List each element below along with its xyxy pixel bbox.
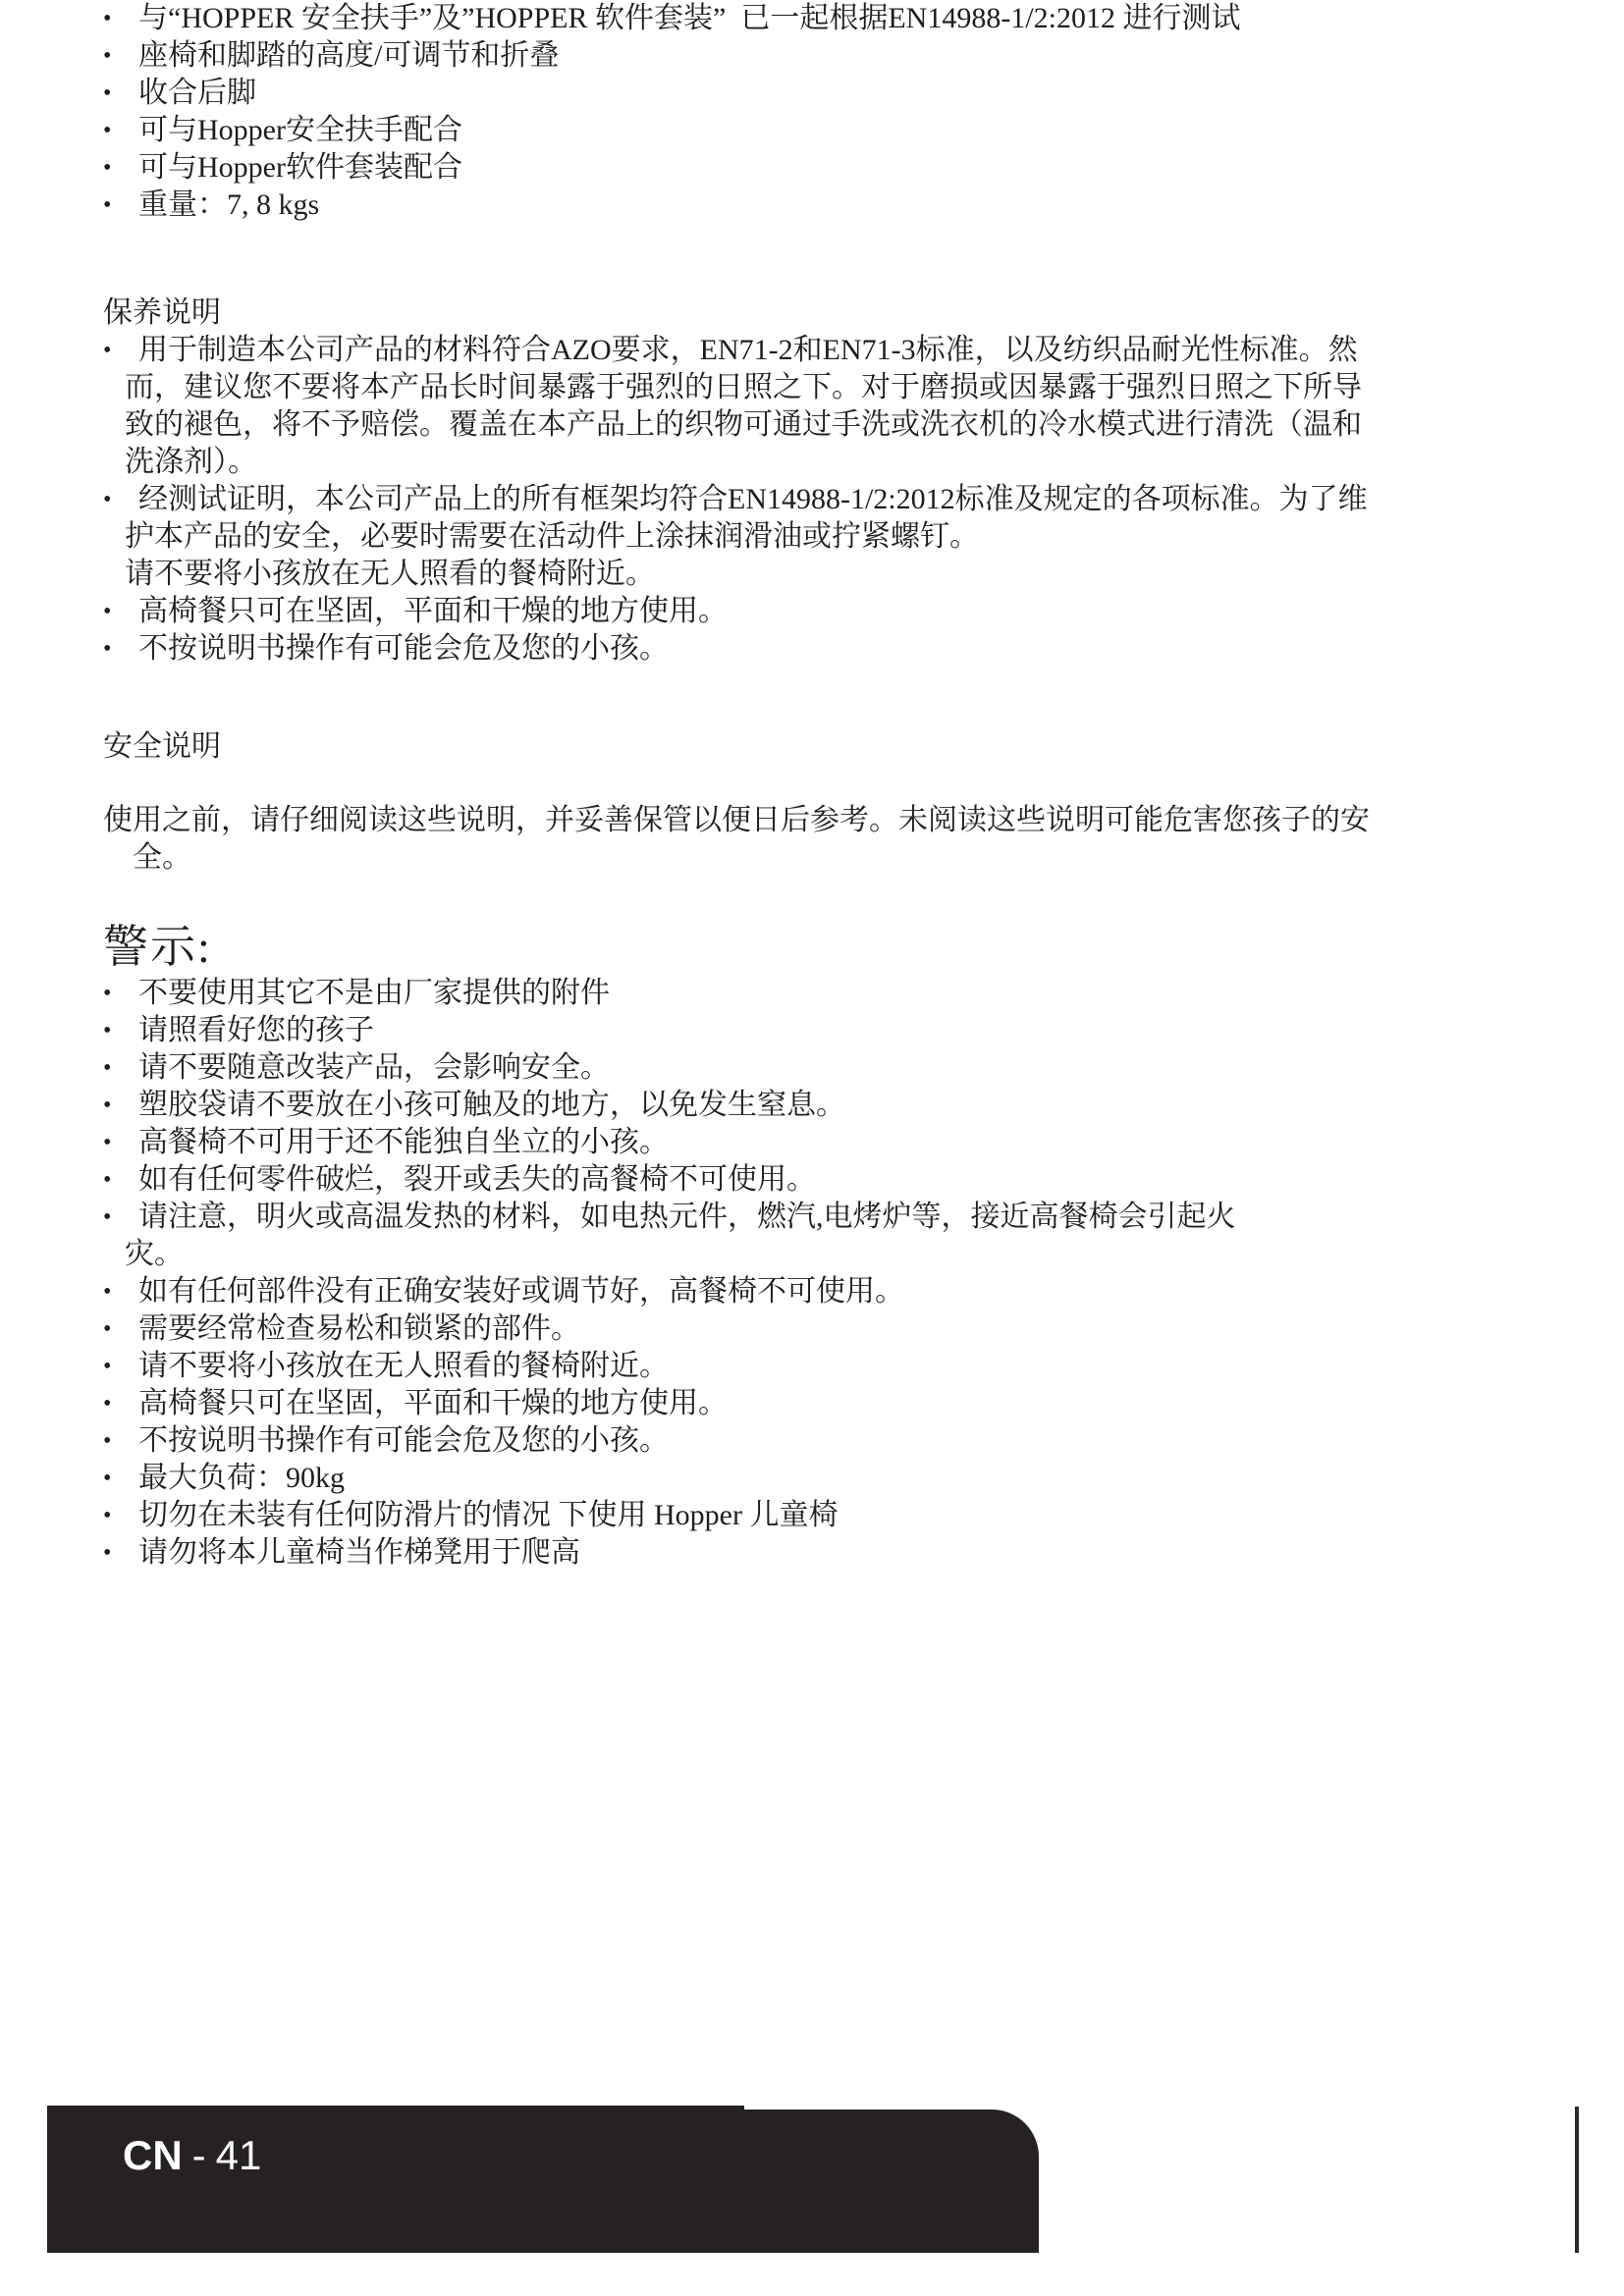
list-item: • 经测试证明，本公司产品上的所有框架均符合EN14988-1/2:2012标准…: [103, 481, 1538, 593]
safety-section-heading: 安全说明: [103, 728, 1538, 766]
list-item-text: 高椅餐只可在坚固，平面和干燥的地方使用。: [138, 595, 728, 627]
list-item: • 如有任何零件破烂，裂开或丢失的高餐椅不可使用。: [103, 1161, 1538, 1199]
bullet-icon: •: [103, 1161, 111, 1199]
list-item: • 可与Hopper安全扶手配合: [103, 112, 1538, 149]
list-item: • 收合后脚: [103, 75, 1538, 112]
list-item: • 如有任何部件没有正确安装好或调节好，高餐椅不可使用。: [103, 1273, 1538, 1310]
list-item: • 用于制造本公司产品的材料符合AZO要求，EN71-2和EN71-3标准，以及…: [103, 332, 1538, 481]
list-item-text: 如有任何零件破烂，裂开或丢失的高餐椅不可使用。: [138, 1163, 816, 1196]
list-item: • 高椅餐只可在坚固，平面和干燥的地方使用。: [103, 1385, 1538, 1422]
list-item: • 请照看好您的孩子: [103, 1012, 1538, 1049]
list-item-text: 经测试证明，本公司产品上的所有框架均符合EN14988-1/2:2012标准及规…: [125, 483, 1368, 590]
list-item-text: 切勿在未装有任何防滑片的情况 下使用 Hopper 儿童椅: [138, 1499, 838, 1531]
bullet-icon: •: [103, 975, 111, 1012]
list-item-text: 不按说明书操作有可能会危及您的小孩。: [138, 1424, 669, 1457]
list-item: • 最大负荷：90kg: [103, 1460, 1538, 1497]
warning-heading: 警示:: [103, 920, 1538, 975]
bullet-icon: •: [103, 149, 111, 187]
footer-lang-code: CN: [123, 2132, 183, 2178]
bullet-icon: •: [103, 1087, 111, 1124]
list-item-text: 请不要随意改装产品，会影响安全。: [138, 1051, 610, 1084]
list-item: • 可与Hopper软件套装配合: [103, 149, 1538, 187]
bullet-icon: •: [103, 1012, 111, 1049]
list-item: • 座椅和脚踏的高度/可调节和折叠: [103, 37, 1538, 75]
list-item-text: 座椅和脚踏的高度/可调节和折叠: [138, 39, 559, 72]
bullet-icon: •: [103, 1460, 111, 1497]
features-list: • 与“HOPPER 安全扶手”及”HOPPER 软件套装” 已一起根据EN14…: [103, 0, 1538, 224]
list-item-text: 重量：7, 8 kgs: [138, 188, 319, 221]
page-content: • 与“HOPPER 安全扶手”及”HOPPER 软件套装” 已一起根据EN14…: [103, 0, 1538, 1572]
bullet-icon: •: [103, 1385, 111, 1422]
bullet-icon: •: [103, 481, 111, 518]
bullet-icon: •: [103, 332, 111, 369]
bullet-icon: •: [103, 1534, 111, 1572]
warning-list: • 不要使用其它不是由厂家提供的附件 • 请照看好您的孩子 • 请不要随意改装产…: [103, 975, 1538, 1572]
list-item-text: 请勿将本儿童椅当作梯凳用于爬高: [138, 1536, 580, 1569]
list-item: • 塑胶袋请不要放在小孩可触及的地方，以免发生窒息。: [103, 1087, 1538, 1124]
list-item-text: 不按说明书操作有可能会危及您的小孩。: [138, 632, 669, 665]
list-item-text: 高餐椅不可用于还不能独自坐立的小孩。: [138, 1126, 669, 1158]
care-section-heading: 保养说明: [103, 294, 1538, 332]
document-page: • 与“HOPPER 安全扶手”及”HOPPER 软件套装” 已一起根据EN14…: [0, 0, 1624, 2296]
list-item: • 请不要将小孩放在无人照看的餐椅附近。: [103, 1348, 1538, 1385]
list-item-text: 最大负荷：90kg: [138, 1462, 345, 1494]
list-item-text: 收合后脚: [138, 77, 256, 109]
list-item: • 重量：7, 8 kgs: [103, 187, 1538, 224]
list-item: • 请不要随意改装产品，会影响安全。: [103, 1049, 1538, 1087]
bullet-icon: •: [103, 1199, 111, 1236]
bullet-icon: •: [103, 1348, 111, 1385]
bullet-icon: •: [103, 112, 111, 149]
bullet-icon: •: [103, 1497, 111, 1534]
footer-page-label: CN-41: [123, 2132, 261, 2179]
list-item-text: 请照看好您的孩子: [138, 1014, 374, 1046]
safety-intro-paragraph: 使用之前，请仔细阅读这些说明，并妥善保管以便日后参考。未阅读这些说明可能危害您孩…: [103, 802, 1538, 877]
bullet-icon: •: [103, 75, 111, 112]
footer-bar-extension: [736, 2109, 1039, 2253]
list-item: • 高椅餐只可在坚固，平面和干燥的地方使用。: [103, 593, 1538, 630]
bullet-icon: •: [103, 187, 111, 224]
list-item: • 请注意，明火或高温发热的材料，如电热元件，燃汽,电烤炉等，接近高餐椅会引起火…: [103, 1199, 1538, 1273]
bullet-icon: •: [103, 0, 111, 37]
bullet-icon: •: [103, 37, 111, 75]
list-item: • 请勿将本儿童椅当作梯凳用于爬高: [103, 1534, 1538, 1572]
bullet-icon: •: [103, 1310, 111, 1348]
list-item-text: 如有任何部件没有正确安装好或调节好，高餐椅不可使用。: [138, 1275, 904, 1308]
bullet-icon: •: [103, 1273, 111, 1310]
list-item-text: 不要使用其它不是由厂家提供的附件: [138, 977, 610, 1009]
care-list: • 用于制造本公司产品的材料符合AZO要求，EN71-2和EN71-3标准，以及…: [103, 332, 1538, 667]
bullet-icon: •: [103, 1124, 111, 1161]
list-item: • 与“HOPPER 安全扶手”及”HOPPER 软件套装” 已一起根据EN14…: [103, 0, 1538, 37]
list-item: • 高餐椅不可用于还不能独自坐立的小孩。: [103, 1124, 1538, 1161]
list-item: • 切勿在未装有任何防滑片的情况 下使用 Hopper 儿童椅: [103, 1497, 1538, 1534]
list-item-text: 请不要将小孩放在无人照看的餐椅附近。: [138, 1350, 669, 1382]
footer-separator: -: [192, 2132, 206, 2178]
list-item-text: 可与Hopper软件套装配合: [138, 151, 462, 184]
list-item-text: 需要经常检查易松和锁紧的部件。: [138, 1312, 580, 1345]
bullet-icon: •: [103, 630, 111, 667]
list-item: • 不按说明书操作有可能会危及您的小孩。: [103, 1422, 1538, 1460]
bullet-icon: •: [103, 593, 111, 630]
footer-page-number: 41: [216, 2132, 262, 2178]
list-item-text: 塑胶袋请不要放在小孩可触及的地方，以免发生窒息。: [138, 1089, 845, 1121]
bullet-icon: •: [103, 1049, 111, 1087]
list-item: • 需要经常检查易松和锁紧的部件。: [103, 1310, 1538, 1348]
page-edge-line: [1575, 2107, 1579, 2253]
list-item: • 不按说明书操作有可能会危及您的小孩。: [103, 630, 1538, 667]
list-item: • 不要使用其它不是由厂家提供的附件: [103, 975, 1538, 1012]
footer-bar: CN-41: [47, 2106, 744, 2253]
list-item-text: 用于制造本公司产品的材料符合AZO要求，EN71-2和EN71-3标准，以及纺织…: [125, 334, 1362, 478]
list-item-text: 请注意，明火或高温发热的材料，如电热元件，燃汽,电烤炉等，接近高餐椅会引起火 灾…: [125, 1201, 1236, 1270]
list-item-text: 与“HOPPER 安全扶手”及”HOPPER 软件套装” 已一起根据EN1498…: [138, 2, 1240, 34]
bullet-icon: •: [103, 1422, 111, 1460]
list-item-text: 高椅餐只可在坚固，平面和干燥的地方使用。: [138, 1387, 728, 1419]
list-item-text: 可与Hopper安全扶手配合: [138, 114, 462, 146]
